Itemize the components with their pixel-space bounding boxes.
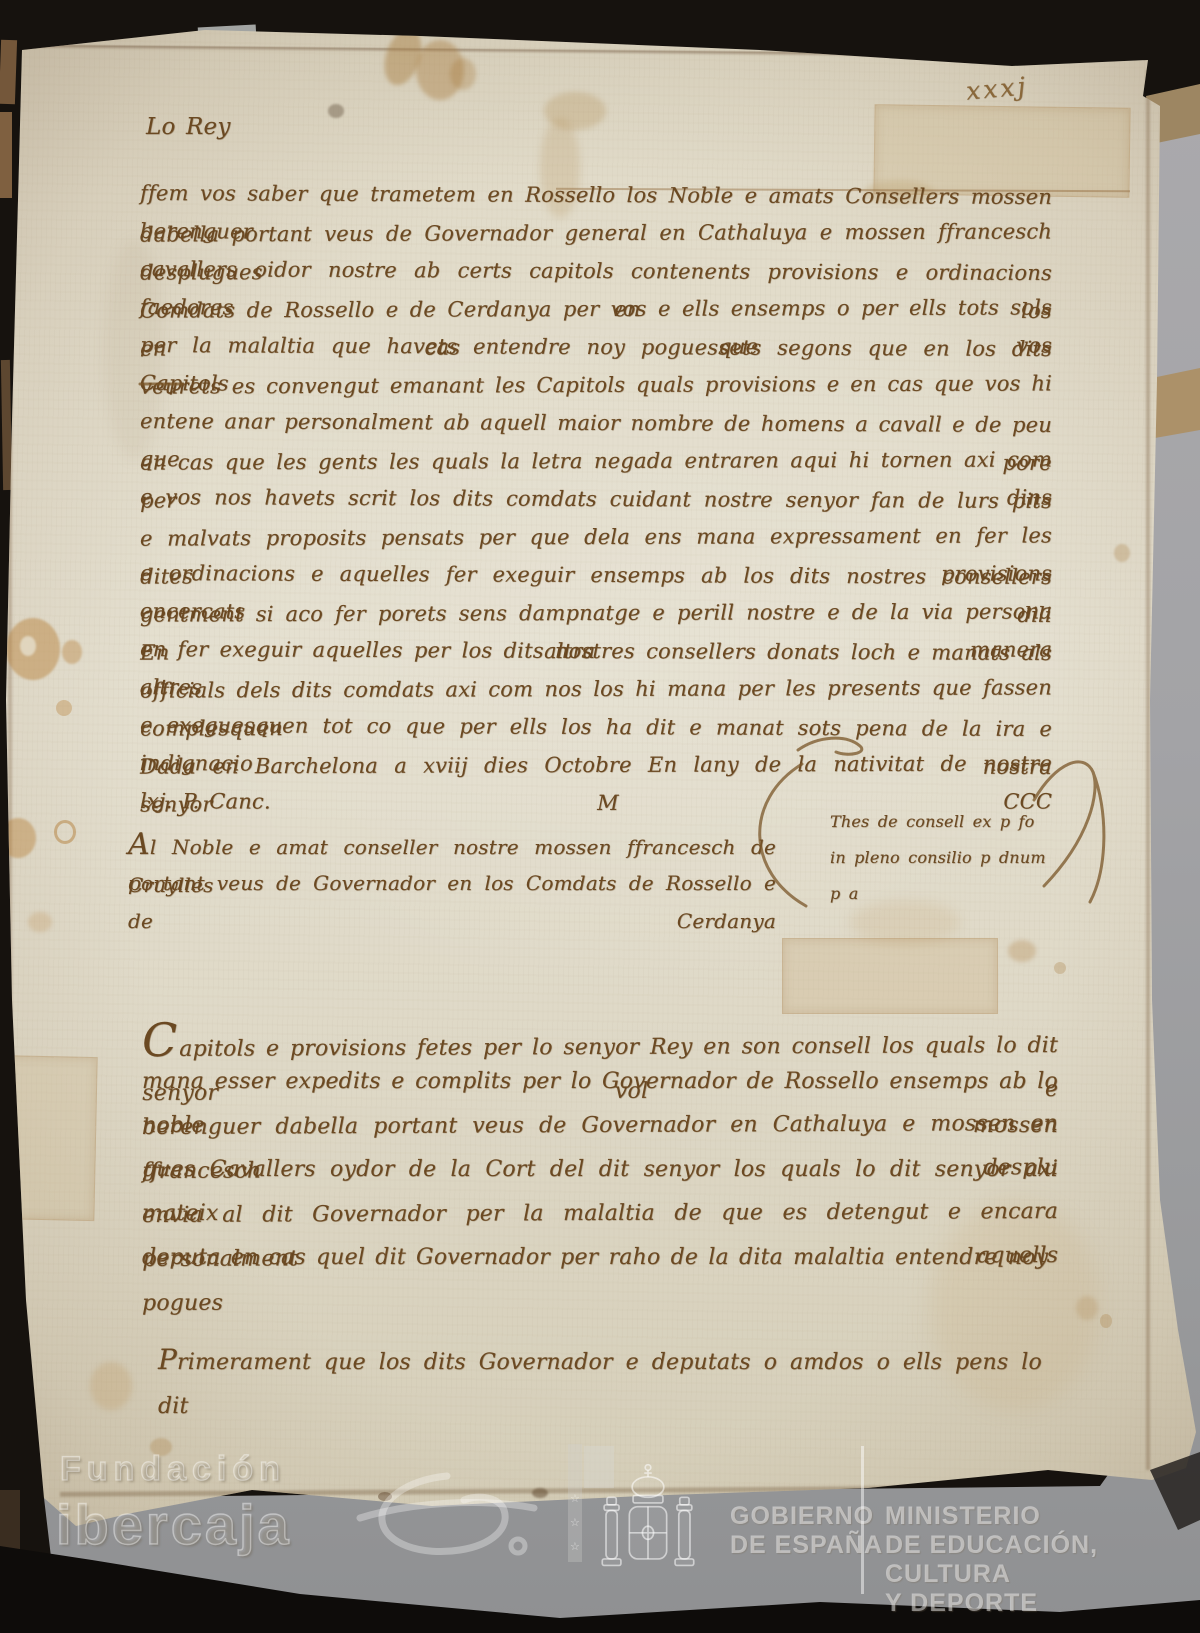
manuscript-line: envia al dit Governador per la malaltia … [142, 1190, 1058, 1238]
repair-patch [782, 938, 998, 1014]
stain [62, 640, 82, 664]
manuscript-line: en cas que les gents les quals la letra … [140, 440, 1052, 481]
manuscript-line: mana esser expedits e complits per lo Go… [142, 1060, 1058, 1104]
stain [90, 1362, 132, 1410]
letter-heading: Lo Rey [146, 114, 231, 140]
folio-number: xxxj [965, 71, 1029, 105]
binding-sliver [1, 360, 12, 490]
registration-note: Thes de consell ex p fo in pleno consili… [830, 804, 1070, 912]
binding-sliver [0, 1490, 20, 1550]
manuscript-line: pogues [142, 1278, 1058, 1326]
manuscript-line: gentment si aco fer porets sens dampnatg… [140, 592, 1052, 633]
dating-line: Dada en Barchelona a xviij dies Octobre … [140, 744, 1052, 785]
stain [1100, 1314, 1112, 1328]
manuscript-photo: xxxj Lo Rey ffem vos saber que trametem … [0, 0, 1200, 1633]
manuscript-line: e vos nos havets scrit los dits comdats … [140, 478, 1052, 520]
manuscript-line: e malvats proposits pensats per que dela… [140, 516, 1052, 557]
manuscript-line: e ordinacions e aquelles fer exeguir ens… [140, 554, 1052, 596]
stain-dot [328, 104, 344, 118]
manuscript-line: berenguer dabella portant veus de Govern… [142, 1102, 1058, 1150]
first-item-line: Primerament que los dits Governador e de… [158, 1338, 1042, 1382]
manuscript-line: entene anar personalment ab aquell maior… [140, 402, 1052, 444]
stain [150, 1438, 172, 1456]
manuscript-line: per la malaltia que havets entendre noy … [140, 326, 1052, 368]
stain [1008, 940, 1036, 962]
manuscript-line: gues Cavallers oydor de la Cort del dit … [142, 1148, 1058, 1192]
manuscript-line: Comdats de Rossello e de Cerdanya per vo… [140, 288, 1052, 329]
address-line: Al Noble e amat conseller nostre mossen … [128, 826, 776, 864]
note-line: in pleno consilio p dnum [830, 840, 1070, 876]
stain [28, 912, 52, 932]
manuscript-line: dabella portant veus de Governador gener… [140, 212, 1052, 253]
stain-highlight [20, 636, 36, 656]
stain-ring [54, 820, 76, 844]
binding-sliver [0, 112, 12, 198]
manuscript-line: officials dels dits comdats axi com nos … [140, 668, 1052, 709]
stain [1114, 544, 1130, 562]
manuscript-line: veurets es convengut emanant les Capitol… [140, 364, 1052, 405]
repair-patch [0, 1055, 98, 1221]
address-block: Al Noble e amat conseller nostre mossen … [128, 826, 776, 902]
chapters-block: Capitols e provisions fetes per lo senyo… [142, 1016, 1058, 1324]
manuscript-line: ffem vos saber que trametem en Rossello … [140, 174, 1052, 216]
manuscript-page: xxxj Lo Rey ffem vos saber que trametem … [0, 0, 1200, 1633]
stain [1054, 962, 1066, 974]
letter-body: ffem vos saber que trametem en Rossello … [140, 176, 1052, 822]
note-line: Thes de consell ex p fo [830, 804, 1070, 840]
edge-grime [532, 1488, 548, 1498]
manuscript-line: cavallers oidor nostre ab certs capitols… [140, 250, 1052, 292]
manuscript-line: deputa en cas quel dit Governador per ra… [142, 1236, 1058, 1280]
binding-sliver [0, 40, 17, 105]
manuscript-line: e exeguesquen tot co que per ells los ha… [140, 706, 1052, 748]
stain [56, 700, 72, 716]
edge-grime [378, 1492, 392, 1501]
manuscript-line: Capitols e provisions fetes per lo senyo… [142, 1014, 1058, 1062]
ink-stain [450, 58, 476, 90]
stain [0, 818, 36, 858]
note-line: p a [830, 876, 1070, 912]
address-line: portant veus de Governador en los Comdat… [128, 864, 776, 902]
manuscript-line: en fer exeguir aquelles per los dits nos… [140, 630, 1052, 672]
